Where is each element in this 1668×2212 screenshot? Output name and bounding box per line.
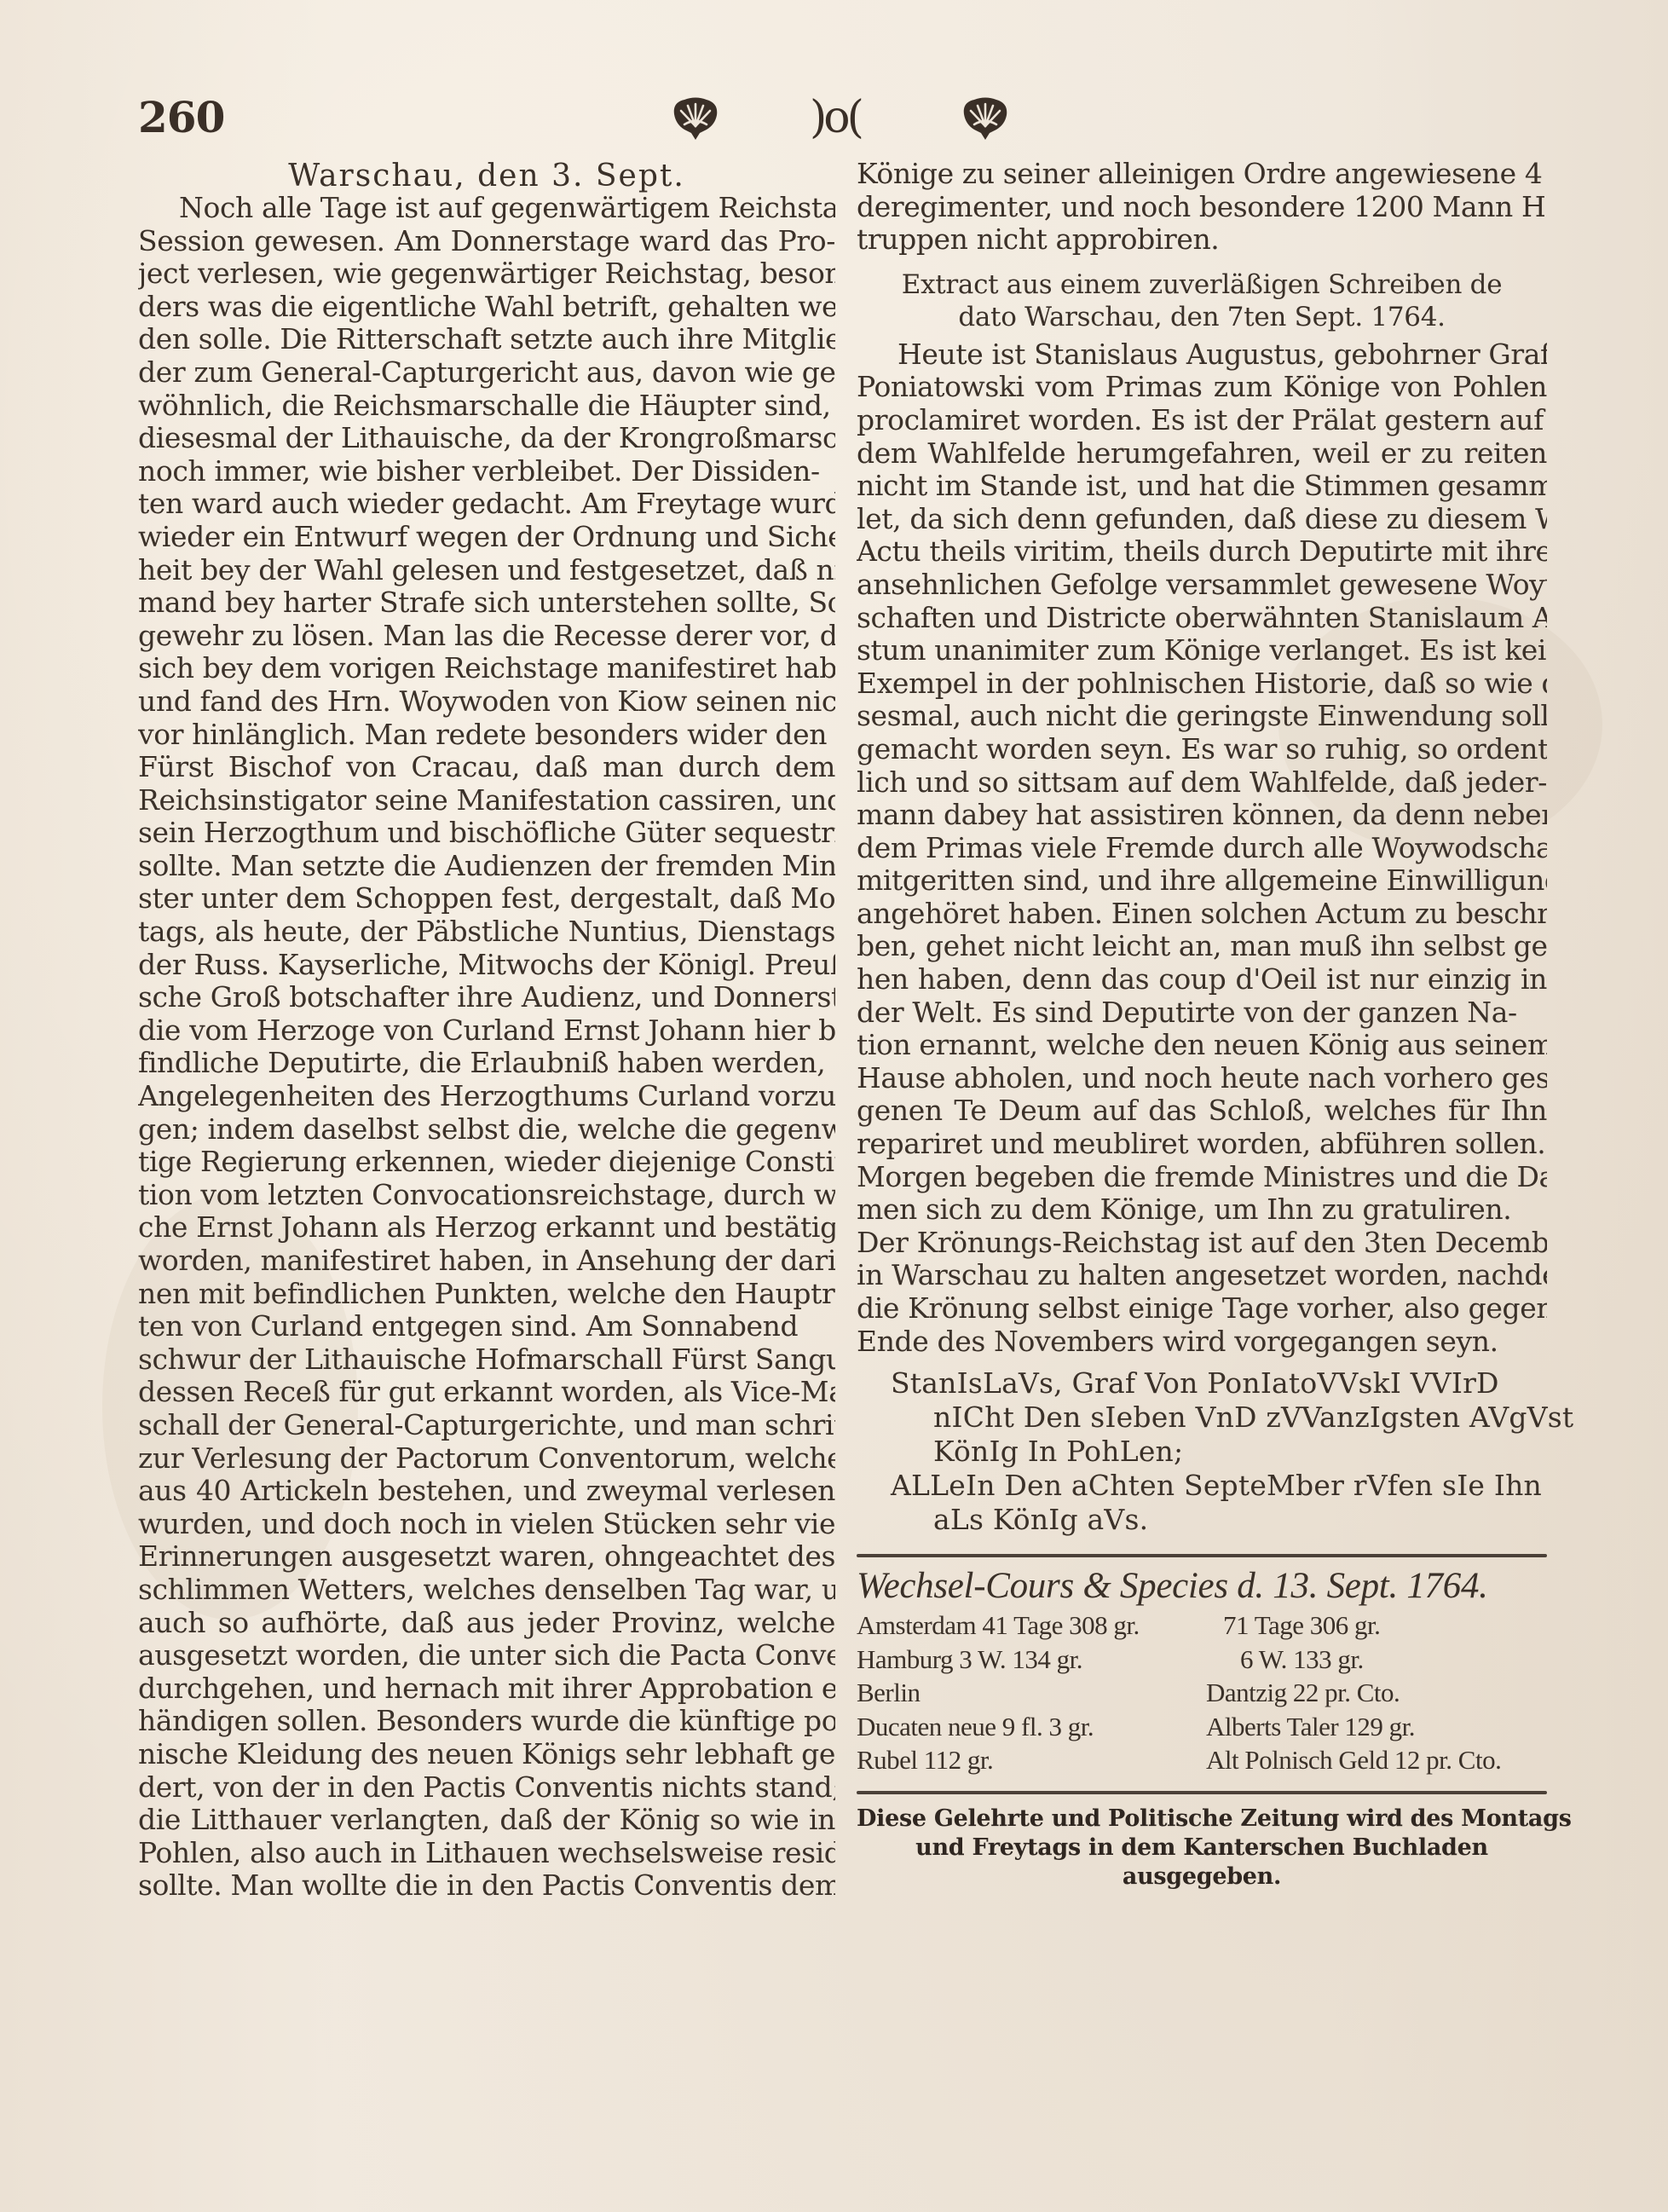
text-line: ansehnlichen Gefolge versammlet gewesene… (857, 569, 1547, 602)
text-line: worden, manifestiret haben, in Ansehung … (138, 1245, 835, 1278)
exchange-rate-left: Hamburg 3 W. 134 gr. (857, 1643, 1206, 1677)
text-line: dert, von der in den Pactis Conventis ni… (138, 1771, 835, 1805)
chronogram-line: nICht Den sIeben VnD zVVanzIgsten AVgVst (857, 1401, 1547, 1435)
text-line: gewehr zu lösen. Man las die Recesse der… (138, 620, 835, 653)
text-line: die vom Herzoge von Curland Ernst Johann… (138, 1014, 835, 1048)
text-line: tags, als heute, der Päbstliche Nuntius,… (138, 915, 835, 949)
text-line: che Ernst Johann als Herzog erkannt und … (138, 1211, 835, 1245)
shell-ornament-icon (669, 95, 722, 141)
exchange-rates-table: Amsterdam 41 Tage 308 gr.71 Tage 306 gr.… (857, 1608, 1547, 1777)
text-line: heit bey der Wahl gelesen und festgesetz… (138, 554, 835, 587)
heading-line: dato Warschau, den 7ten Sept. 1764. (857, 301, 1547, 333)
text-line: nen mit befindlichen Punkten, welche den… (138, 1278, 835, 1311)
divider-rule (857, 1791, 1547, 1794)
text-line: tige Regierung erkennen, wieder diejenig… (138, 1146, 835, 1179)
text-line: in Warschau zu halten angesetzet worden,… (857, 1259, 1547, 1292)
right-column: Könige zu seiner alleinigen Ordre angewi… (857, 158, 1547, 1891)
text-line: gen; indem daselbst selbst die, welche d… (138, 1113, 835, 1146)
text-line: ten von Curland entgegen sind. Am Sonnab… (138, 1310, 835, 1343)
text-line: ders was die eigentliche Wahl betrift, g… (138, 291, 835, 324)
text-line: vor hinlänglich. Man redete besonders wi… (138, 719, 835, 752)
text-line: sollte. Man setzte die Audienzen der fre… (138, 850, 835, 883)
text-line: mand bey harter Strafe sich unterstehen … (138, 586, 835, 620)
text-line: Session gewesen. Am Donnerstage ward das… (138, 225, 835, 258)
extract-heading: Extract aus einem zuverläßigen Schreiben… (857, 269, 1547, 333)
text-line: den solle. Die Ritterschaft setzte auch … (138, 323, 835, 356)
text-line: tion ernannt, welche den neuen König aus… (857, 1029, 1547, 1062)
text-line: diesesmal der Lithauische, da der Krongr… (138, 422, 835, 455)
article-body-extract-7-sept: Heute ist Stanislaus Augustus, gebohrner… (857, 338, 1547, 1358)
text-line: hen haben, denn das coup d'Oeil ist nur … (857, 963, 1547, 996)
text-line: und fand des Hrn. Woywoden von Kiow sein… (138, 685, 835, 719)
exchange-rate-left: Rubel 112 gr. (857, 1743, 1206, 1777)
text-line: noch immer, wie bisher verbleibet. Der D… (138, 455, 835, 488)
text-line: findliche Deputirte, die Erlaubniß haben… (138, 1047, 835, 1080)
imprint-line: und Freytags in dem Kanterschen Buchlade… (857, 1834, 1547, 1863)
exchange-rate-left: Ducaten neue 9 fl. 3 gr. (857, 1710, 1206, 1744)
exchange-rate-left: Amsterdam 41 Tage 308 gr. (857, 1608, 1206, 1643)
text-line: wurden, und doch noch in vielen Stücken … (138, 1508, 835, 1541)
text-line: dem Primas viele Fremde durch alle Woywo… (857, 832, 1547, 865)
text-line: schaften und Districte oberwähnten Stani… (857, 602, 1547, 635)
text-line: stum unanimiter zum Könige verlanget. Es… (857, 634, 1547, 667)
exchange-rates-title: Wechsel-Cours & Species d. 13. Sept. 176… (857, 1564, 1547, 1608)
text-line: der Welt. Es sind Deputirte von der ganz… (857, 996, 1547, 1030)
text-line: Der Krönungs-Reichstag ist auf den 3ten … (857, 1227, 1547, 1260)
text-line: Erinnerungen ausgesetzt waren, ohngeacht… (138, 1540, 835, 1574)
exchange-rate-left: Berlin (857, 1676, 1206, 1710)
text-line: Morgen begeben die fremde Ministres und … (857, 1161, 1547, 1194)
text-line: repariret und meubliret worden, abführen… (857, 1128, 1547, 1161)
text-line: dem Wahlfelde herumgefahren, weil er zu … (857, 437, 1547, 471)
text-line: Actu theils viritim, theils durch Deputi… (857, 535, 1547, 569)
text-line: Angelegenheiten des Herzogthums Curland … (138, 1080, 835, 1113)
left-column: Warschau, den 3. Sept. Noch alle Tage is… (138, 158, 835, 1903)
text-line: Könige zu seiner alleinigen Ordre angewi… (857, 158, 1547, 191)
chronogram-verse: StanIsLaVs, Graf Von PonIatoVVskI VVIrDn… (857, 1366, 1547, 1537)
text-line: lich und so sittsam auf dem Wahlfelde, d… (857, 766, 1547, 800)
divider-rule (857, 1554, 1547, 1557)
text-line: aus 40 Artickeln bestehen, und zweymal v… (138, 1475, 835, 1508)
text-line: men sich zu dem Könige, um Ihn zu gratul… (857, 1193, 1547, 1227)
text-line: Hause abholen, und noch heute nach vorhe… (857, 1062, 1547, 1095)
chronogram-line: ALLeIn Den aChten SepteMber rVfen sIe Ih… (857, 1469, 1547, 1503)
exchange-rate-right: Alberts Taler 129 gr. (1206, 1710, 1547, 1744)
text-line: mitgeritten sind, und ihre allgemeine Ei… (857, 864, 1547, 898)
text-line: Heute ist Stanislaus Augustus, gebohrner… (857, 338, 1547, 372)
text-line: schlimmen Wetters, welches denselben Tag… (138, 1574, 835, 1607)
text-line: ster unter dem Schoppen fest, dergestalt… (138, 882, 835, 915)
text-line: let, da sich denn gefunden, daß diese zu… (857, 503, 1547, 536)
page-number: 260 (138, 92, 224, 142)
text-line: truppen nicht approbiren. (857, 223, 1547, 257)
text-line: wöhnlich, die Reichsmarschalle die Häupt… (138, 390, 835, 423)
text-line: der Russ. Kayserliche, Mitwochs der Köni… (138, 949, 835, 982)
text-line: sich bey dem vorigen Reichstage manifest… (138, 652, 835, 685)
text-line: schwur der Lithauische Hofmarschall Fürs… (138, 1343, 835, 1377)
article-dateline: Warschau, den 3. Sept. (138, 158, 835, 195)
text-line: Pohlen, also auch in Lithauen wechselswe… (138, 1837, 835, 1870)
text-line: tion vom letzten Convocationsreichstage,… (138, 1179, 835, 1212)
chronogram-line: KönIg In PohLen; (857, 1435, 1547, 1469)
imprint-line: ausgegeben. (857, 1863, 1547, 1891)
text-line: mann dabey hat assistiren können, da den… (857, 799, 1547, 832)
text-line: genen Te Deum auf das Schloß, welches fü… (857, 1094, 1547, 1128)
text-line: auch so aufhörte, daß aus jeder Provinz,… (138, 1607, 835, 1640)
text-line: gemacht worden seyn. Es war so ruhig, so… (857, 733, 1547, 766)
text-line: Ende des Novembers wird vorgegangen seyn… (857, 1325, 1547, 1359)
exchange-rate-right: Dantzig 22 pr. Cto. (1206, 1676, 1547, 1710)
text-line: die Litthauer verlangten, daß der König … (138, 1804, 835, 1837)
article-body-warsaw-3-sept: Noch alle Tage ist auf gegenwärtigem Rei… (138, 192, 835, 1903)
chronogram-line: aLs KönIg aVs. (857, 1503, 1547, 1537)
text-line: schall der General-Capturgerichte, und m… (138, 1409, 835, 1442)
article-continuation: Könige zu seiner alleinigen Ordre angewi… (857, 158, 1547, 257)
text-line: Poniatowski vom Primas zum Könige von Po… (857, 371, 1547, 404)
exchange-rate-right: Alt Polnisch Geld 12 pr. Cto. (1206, 1743, 1547, 1777)
exchange-rate-right: 71 Tage 306 gr. (1206, 1608, 1547, 1643)
text-line: zur Verlesung der Pactorum Conventorum, … (138, 1442, 835, 1476)
text-line: ben, gehet nicht leicht an, man muß ihn … (857, 930, 1547, 963)
exchange-rate-right: 6 W. 133 gr. (1206, 1643, 1547, 1677)
text-line: ausgesetzt worden, die unter sich die Pa… (138, 1639, 835, 1672)
text-line: dessen Receß für gut erkannt worden, als… (138, 1376, 835, 1409)
shell-ornament-icon (959, 95, 1012, 141)
text-line: nische Kleidung des neuen Königs sehr le… (138, 1738, 835, 1771)
text-line: sesmal, auch nicht die geringste Einwend… (857, 700, 1547, 733)
text-line: sollte. Man wollte die in den Pactis Con… (138, 1869, 835, 1903)
text-line: händigen sollen. Besonders wurde die kün… (138, 1705, 835, 1738)
text-line: der zum General-Capturgericht aus, davon… (138, 356, 835, 390)
imprint-notice: Diese Gelehrte und Politische Zeitung wi… (857, 1805, 1547, 1891)
text-line: Noch alle Tage ist auf gegenwärtigem Rei… (138, 192, 835, 225)
text-line: wieder ein Entwurf wegen der Ordnung und… (138, 521, 835, 554)
text-line: angehöret haben. Einen solchen Actum zu … (857, 898, 1547, 931)
text-line: sche Groß botschafter ihre Audienz, und … (138, 981, 835, 1014)
text-line: ject verlesen, wie gegenwärtiger Reichst… (138, 257, 835, 291)
text-line: deregimenter, und noch besondere 1200 Ma… (857, 191, 1547, 224)
text-line: sein Herzogthum und bischöfliche Güter s… (138, 817, 835, 850)
text-line: proclamiret worden. Es ist der Prälat ge… (857, 404, 1547, 437)
heading-line: Extract aus einem zuverläßigen Schreiben… (857, 269, 1547, 301)
text-line: durchgehen, und hernach mit ihrer Approb… (138, 1672, 835, 1706)
text-line: die Krönung selbst einige Tage vorher, a… (857, 1292, 1547, 1325)
imprint-line: Diese Gelehrte und Politische Zeitung wi… (857, 1805, 1547, 1834)
text-line: nicht im Stande ist, und hat die Stimmen… (857, 470, 1547, 503)
text-line: Reichsinstigator seine Manifestation cas… (138, 784, 835, 817)
text-line: ten ward auch wieder gedacht. Am Freytag… (138, 488, 835, 521)
text-line: Fürst Bischof von Cracau, daß man durch … (138, 751, 835, 784)
text-line: Exempel in der pohlnischen Historie, daß… (857, 667, 1547, 701)
center-ornament: )o( (810, 92, 861, 143)
chronogram-line: StanIsLaVs, Graf Von PonIatoVVskI VVIrD (857, 1366, 1547, 1401)
